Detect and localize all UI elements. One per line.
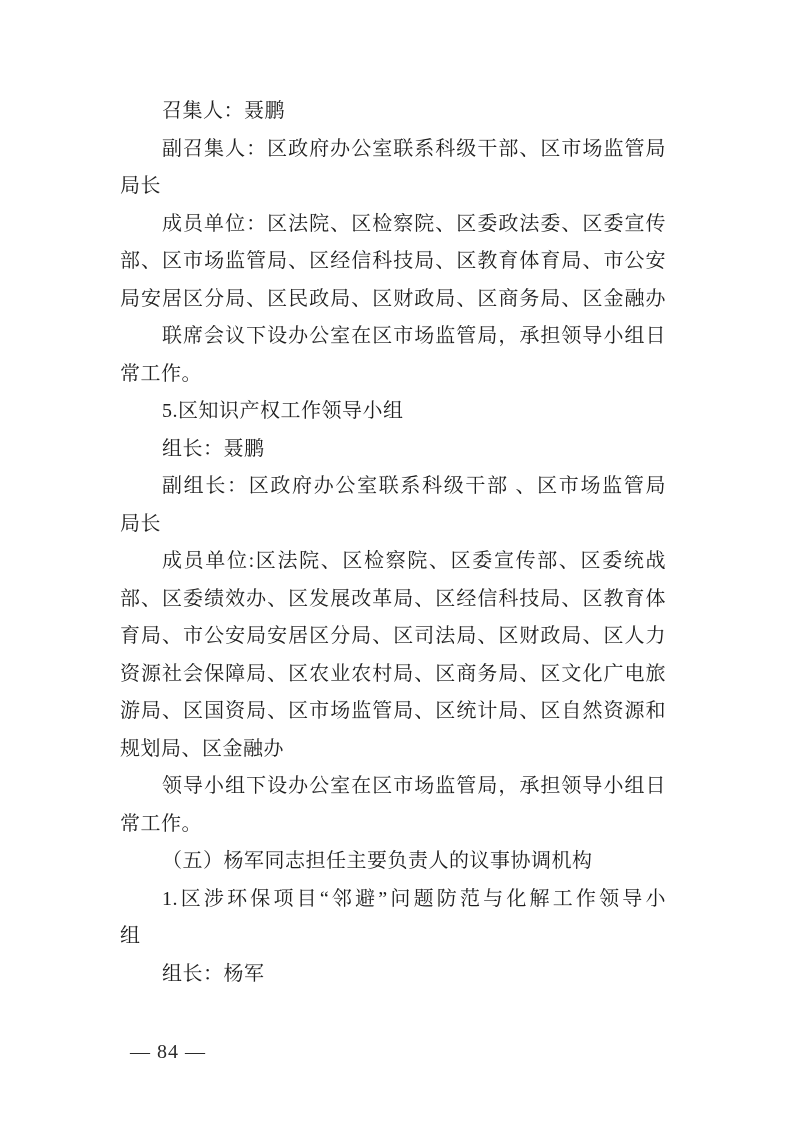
text-line: 成员单位:区法院、区检察院、区委宣传部、区委统战: [120, 543, 666, 581]
text-line: 局安居区分局、区民政局、区财政局、区商务局、区金融办: [120, 281, 666, 319]
text-line: 副召集人：区政府办公室联系科级干部、区市场监管局: [120, 131, 666, 169]
text-line: 成员单位：区法院、区检察院、区委政法委、区委宣传: [120, 206, 666, 244]
text-line: 1.区涉环保项目“邻避”问题防范与化解工作领导小: [120, 881, 666, 919]
text-line: 组长：杨军: [120, 956, 666, 994]
text-line: 5.区知识产权工作领导小组: [120, 393, 666, 431]
text-line: 常工作。: [120, 806, 666, 844]
text-line: 局长: [120, 168, 666, 206]
text-line: 组长：聂鹏: [120, 431, 666, 469]
text-line: 联席会议下设办公室在区市场监管局，承担领导小组日: [120, 318, 666, 356]
text-line: 规划局、区金融办: [120, 731, 666, 769]
text-line: （五）杨军同志担任主要负责人的议事协调机构: [120, 843, 666, 881]
text-line: 育局、市公安局安居区分局、区司法局、区财政局、区人力: [120, 618, 666, 656]
text-line: 领导小组下设办公室在区市场监管局，承担领导小组日: [120, 768, 666, 806]
text-line: 常工作。: [120, 356, 666, 394]
text-line: 召集人：聂鹏: [120, 93, 666, 131]
text-line: 资源社会保障局、区农业农村局、区商务局、区文化广电旅: [120, 656, 666, 694]
text-line: 局长: [120, 506, 666, 544]
text-line: 副组长：区政府办公室联系科级干部 、区市场监管局: [120, 468, 666, 506]
text-line: 组: [120, 918, 666, 956]
text-line: 部、区市场监管局、区经信科技局、区教育体育局、市公安: [120, 243, 666, 281]
page-number: — 84 —: [130, 1038, 206, 1066]
text-line: 部、区委绩效办、区发展改革局、区经信科技局、区教育体: [120, 581, 666, 619]
document-page: 召集人：聂鹏副召集人：区政府办公室联系科级干部、区市场监管局局长成员单位：区法院…: [0, 0, 793, 1122]
document-body: 召集人：聂鹏副召集人：区政府办公室联系科级干部、区市场监管局局长成员单位：区法院…: [120, 93, 666, 993]
text-line: 游局、区国资局、区市场监管局、区统计局、区自然资源和: [120, 693, 666, 731]
